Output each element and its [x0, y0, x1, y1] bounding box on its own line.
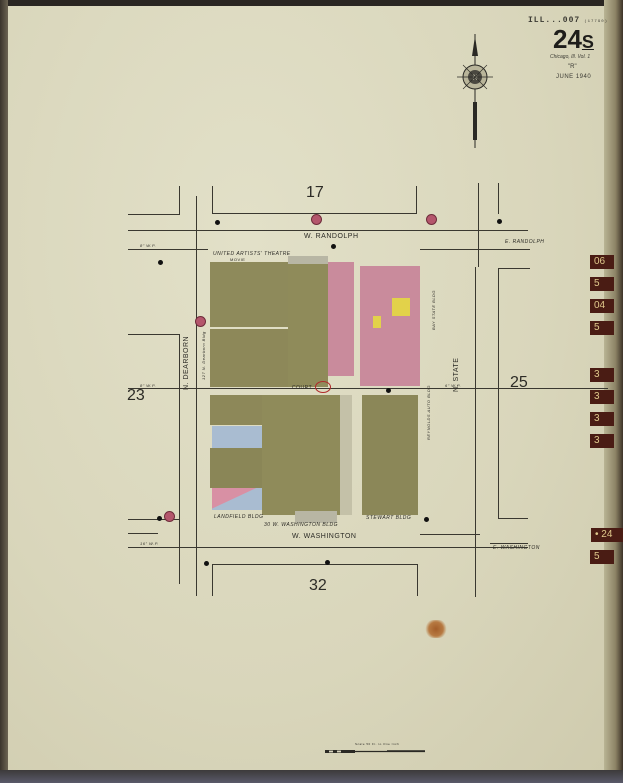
- building-frame-yellow: [392, 298, 410, 316]
- building-block-nw-east[interactable]: [288, 262, 328, 387]
- block-number-north: 17: [306, 184, 324, 202]
- water-main-label: 8" W.P.: [140, 383, 156, 388]
- index-tab-active[interactable]: • 24: [591, 528, 623, 542]
- street-line: [416, 186, 417, 214]
- street-line: [478, 183, 479, 267]
- hydrant-icon: [424, 517, 429, 522]
- paper-stain: [425, 620, 447, 638]
- fire-alarm-box-icon: [195, 316, 206, 327]
- hydrant-icon: [215, 220, 220, 225]
- scale-bar: [325, 748, 425, 754]
- street-label-w-randolph: W. RANDOLPH: [304, 233, 359, 240]
- sheet-volume-letter: "R": [568, 64, 577, 70]
- sheet-number-value: 24: [553, 24, 582, 54]
- street-label-w-washington: W. WASHINGTON: [292, 533, 356, 540]
- hydrant-icon: [497, 219, 502, 224]
- water-main-line: [128, 230, 528, 231]
- building-landfield[interactable]: [212, 488, 262, 510]
- street-line: [498, 518, 528, 519]
- street-line: [212, 564, 213, 596]
- building-stewart[interactable]: [362, 395, 418, 515]
- building-setback: [288, 256, 328, 264]
- water-main-line: [128, 533, 158, 534]
- building-label-bay-state: BAY STATE BLDG: [431, 290, 436, 330]
- building-frame-yellow-small: [373, 316, 381, 328]
- building-label-dearborn: 127 N. Dearborn Bldg: [201, 331, 206, 380]
- water-main-line: [128, 388, 608, 389]
- block-number-south: 32: [309, 577, 327, 595]
- sheet-date: JUNE 1940: [556, 74, 591, 80]
- book-binding-left: [0, 0, 8, 783]
- water-main-line: [420, 534, 480, 535]
- street-line: [212, 186, 213, 214]
- building-label-landfield: LANDFIELD BLDG: [214, 514, 264, 520]
- hydrant-icon: [386, 388, 391, 393]
- street-line: [128, 334, 180, 335]
- building-sw-middle[interactable]: [210, 448, 262, 488]
- building-label-stewart: STEWART BLDG: [366, 515, 411, 521]
- building-label-theatre: UNITED ARTISTS' THEATRE: [213, 251, 291, 257]
- building-label-30-w-washington: 30 W. WASHINGTON BLDG: [264, 522, 338, 528]
- court-marker-icon: [315, 381, 331, 393]
- building-stone-blue[interactable]: [212, 426, 264, 448]
- building-theatre[interactable]: [210, 262, 288, 327]
- street-label-e-washington: E. WASHINGTON: [493, 545, 540, 551]
- building-label-reynolds: REYNOLDS AUTO BLDG: [426, 385, 431, 440]
- fire-alarm-box-icon: [164, 511, 175, 522]
- index-tab[interactable]: 3: [590, 390, 614, 404]
- sheet-suffix: S: [582, 32, 594, 52]
- index-tab[interactable]: 3: [590, 412, 614, 426]
- scale-bar-label: Scale 50 Ft. to One Inch: [355, 742, 399, 746]
- building-bay-state[interactable]: [360, 266, 420, 386]
- sheet-number: 24S: [553, 24, 594, 55]
- street-label-e-randolph: E. RANDOLPH: [505, 239, 544, 245]
- water-main-label: 8" W.P.: [140, 243, 156, 248]
- compass-rose-icon: N: [455, 32, 495, 150]
- sheet-city: Chicago, Ill. Vol. 1: [550, 54, 590, 60]
- street-label-n-dearborn: N. DEARBORN: [183, 336, 190, 390]
- street-line: [179, 186, 180, 215]
- fire-alarm-box-icon: [311, 214, 322, 225]
- water-main-label: 16" W.P.: [140, 541, 159, 546]
- water-main-line: [490, 543, 528, 544]
- book-binding-bottom: [0, 770, 623, 783]
- tab-label: 24: [601, 529, 612, 540]
- alley: [340, 395, 352, 515]
- building-sw-north[interactable]: [210, 395, 262, 425]
- index-tab[interactable]: 3: [590, 368, 614, 382]
- index-tab[interactable]: 3: [590, 434, 614, 448]
- street-line: [498, 268, 530, 269]
- index-tab[interactable]: 04: [590, 299, 614, 313]
- hydrant-icon: [325, 560, 330, 565]
- hydrant-icon: [204, 561, 209, 566]
- street-line: [498, 183, 499, 214]
- water-main-line: [196, 196, 197, 596]
- index-tab[interactable]: 5: [590, 277, 614, 291]
- block-number-west: 23: [127, 387, 145, 405]
- building-label-theatre-sub: MOVIE: [230, 257, 245, 262]
- index-tab[interactable]: 06: [590, 255, 614, 269]
- street-line: [498, 268, 499, 518]
- block-number-east: 25: [510, 374, 528, 392]
- street-line: [128, 214, 180, 215]
- water-main-line: [128, 547, 528, 548]
- water-main-label: 6" W.P.: [445, 383, 461, 388]
- water-main-line: [420, 249, 530, 250]
- fire-alarm-box-icon: [426, 214, 437, 225]
- street-line: [212, 564, 418, 565]
- building-dearborn-bldg[interactable]: [210, 329, 288, 387]
- building-fireproof-west[interactable]: [328, 262, 354, 376]
- building-30-w-washington[interactable]: [262, 395, 340, 515]
- index-tab[interactable]: 5: [590, 550, 614, 564]
- hydrant-icon: [331, 244, 336, 249]
- street-label-court: COURT: [292, 385, 312, 391]
- hydrant-icon: [158, 260, 163, 265]
- index-tab[interactable]: 5: [590, 321, 614, 335]
- street-line: [417, 564, 418, 596]
- hydrant-icon: [157, 516, 162, 521]
